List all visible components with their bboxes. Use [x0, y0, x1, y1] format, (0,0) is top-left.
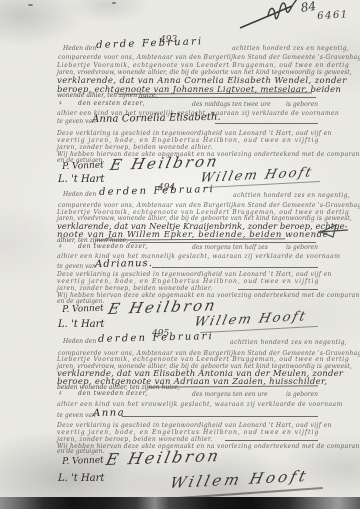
signature-hart: L. 't Hart — [58, 474, 104, 484]
signature-official: Willem Hooft — [168, 469, 310, 491]
ink-rule — [122, 416, 318, 417]
is-geboren-label: is geboren — [286, 392, 318, 398]
heden-den-label: Heden den — [63, 339, 96, 345]
film-edge-strip — [0, 497, 360, 509]
signature-witness: E Heilbron — [105, 448, 223, 468]
child-name: Anna — [93, 408, 125, 419]
birth-time: des morgens ten een ure — [192, 392, 268, 398]
signature-declarant: P. Vonnet — [62, 457, 104, 467]
record-date: derden Februari — [98, 332, 214, 345]
record-year: achttien honderd zes en negentig, — [230, 340, 347, 346]
insertion-mark: ♯ — [59, 391, 62, 397]
te-geven-label: te geven van — [57, 413, 96, 419]
birth-date-line: den tweeden dezer, — [78, 391, 148, 397]
ink-rule — [225, 440, 318, 441]
birth-record-act-495: 495 Heden den derden Februari achttien h… — [0, 0, 360, 509]
scanned-birth-register-page: 84 6461 493 Heden den derde Februari ach… — [0, 0, 360, 509]
closing-line-2: en de getuigen. — [57, 449, 104, 455]
